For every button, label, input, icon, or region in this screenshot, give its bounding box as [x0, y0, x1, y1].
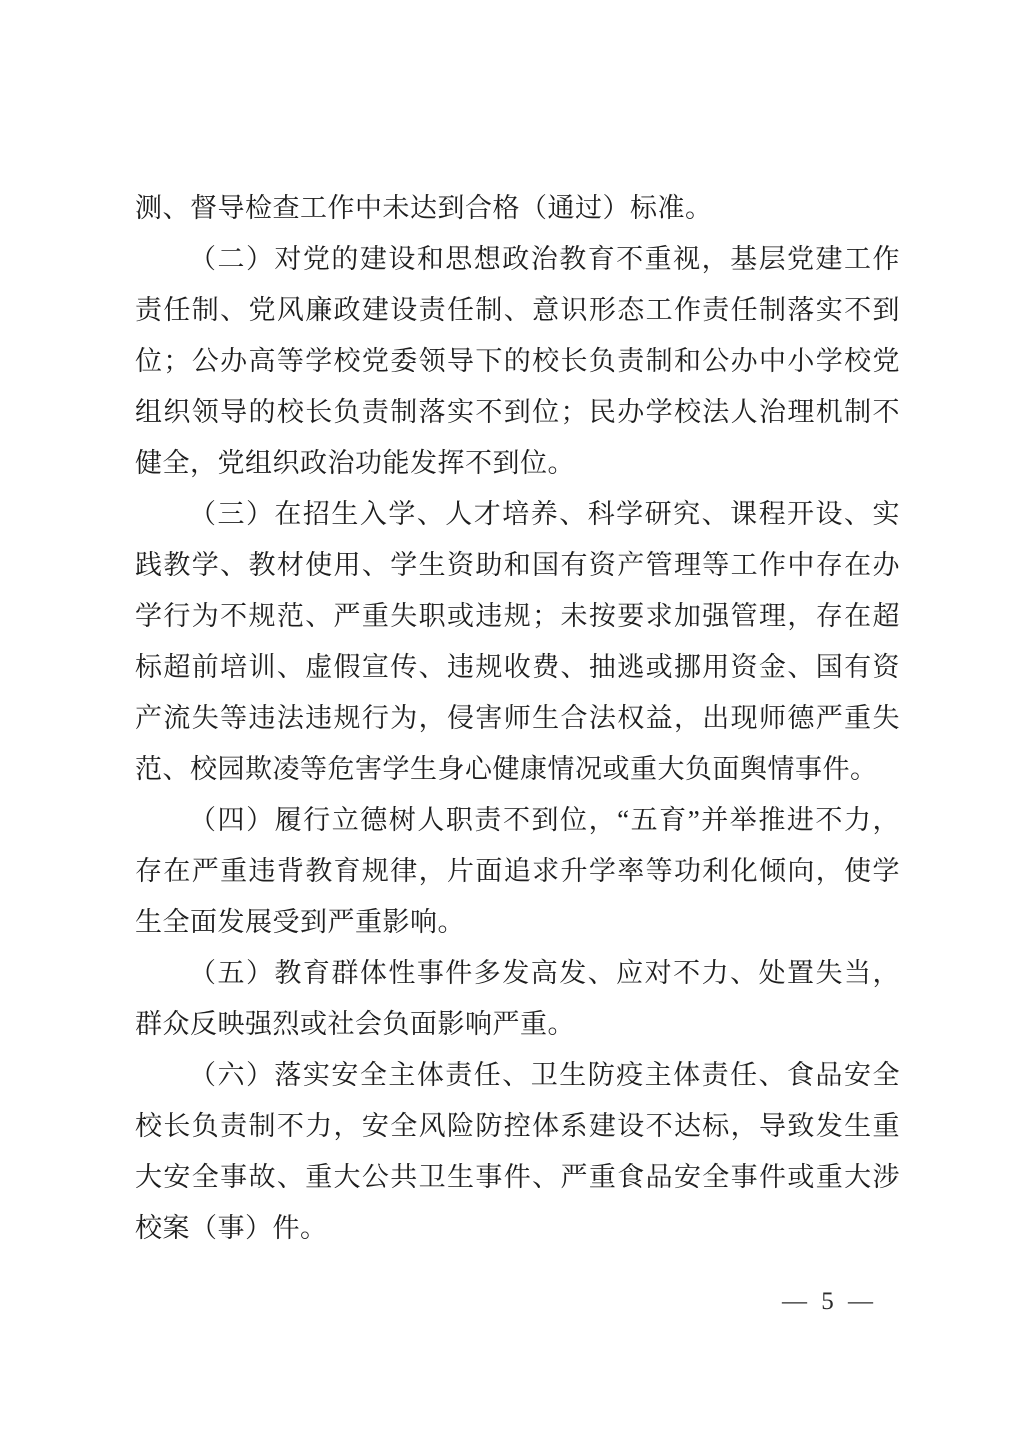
paragraph: （三）在招生入学、人才培养、科学研究、课程开设、实践教学、教材使用、学生资助和国…: [135, 489, 900, 795]
page-number: — 5 —: [782, 1288, 874, 1316]
paragraph: （四）履行立德树人职责不到位，“五育”并举推进不力，存在严重违背教育规律，片面追…: [135, 795, 900, 948]
paragraph: （六）落实安全主体责任、卫生防疫主体责任、食品安全校长负责制不力，安全风险防控体…: [135, 1050, 900, 1254]
paragraph: （二）对党的建设和思想政治教育不重视，基层党建工作责任制、党风廉政建设责任制、意…: [135, 234, 900, 489]
document-page: 测、督导检查工作中未达到合格（通过）标准。（二）对党的建设和思想政治教育不重视，…: [0, 0, 1024, 1448]
paragraph: 测、督导检查工作中未达到合格（通过）标准。: [135, 183, 900, 234]
paragraph: （五）教育群体性事件多发高发、应对不力、处置失当，群众反映强烈或社会负面影响严重…: [135, 948, 900, 1050]
document-body: 测、督导检查工作中未达到合格（通过）标准。（二）对党的建设和思想政治教育不重视，…: [135, 183, 900, 1254]
